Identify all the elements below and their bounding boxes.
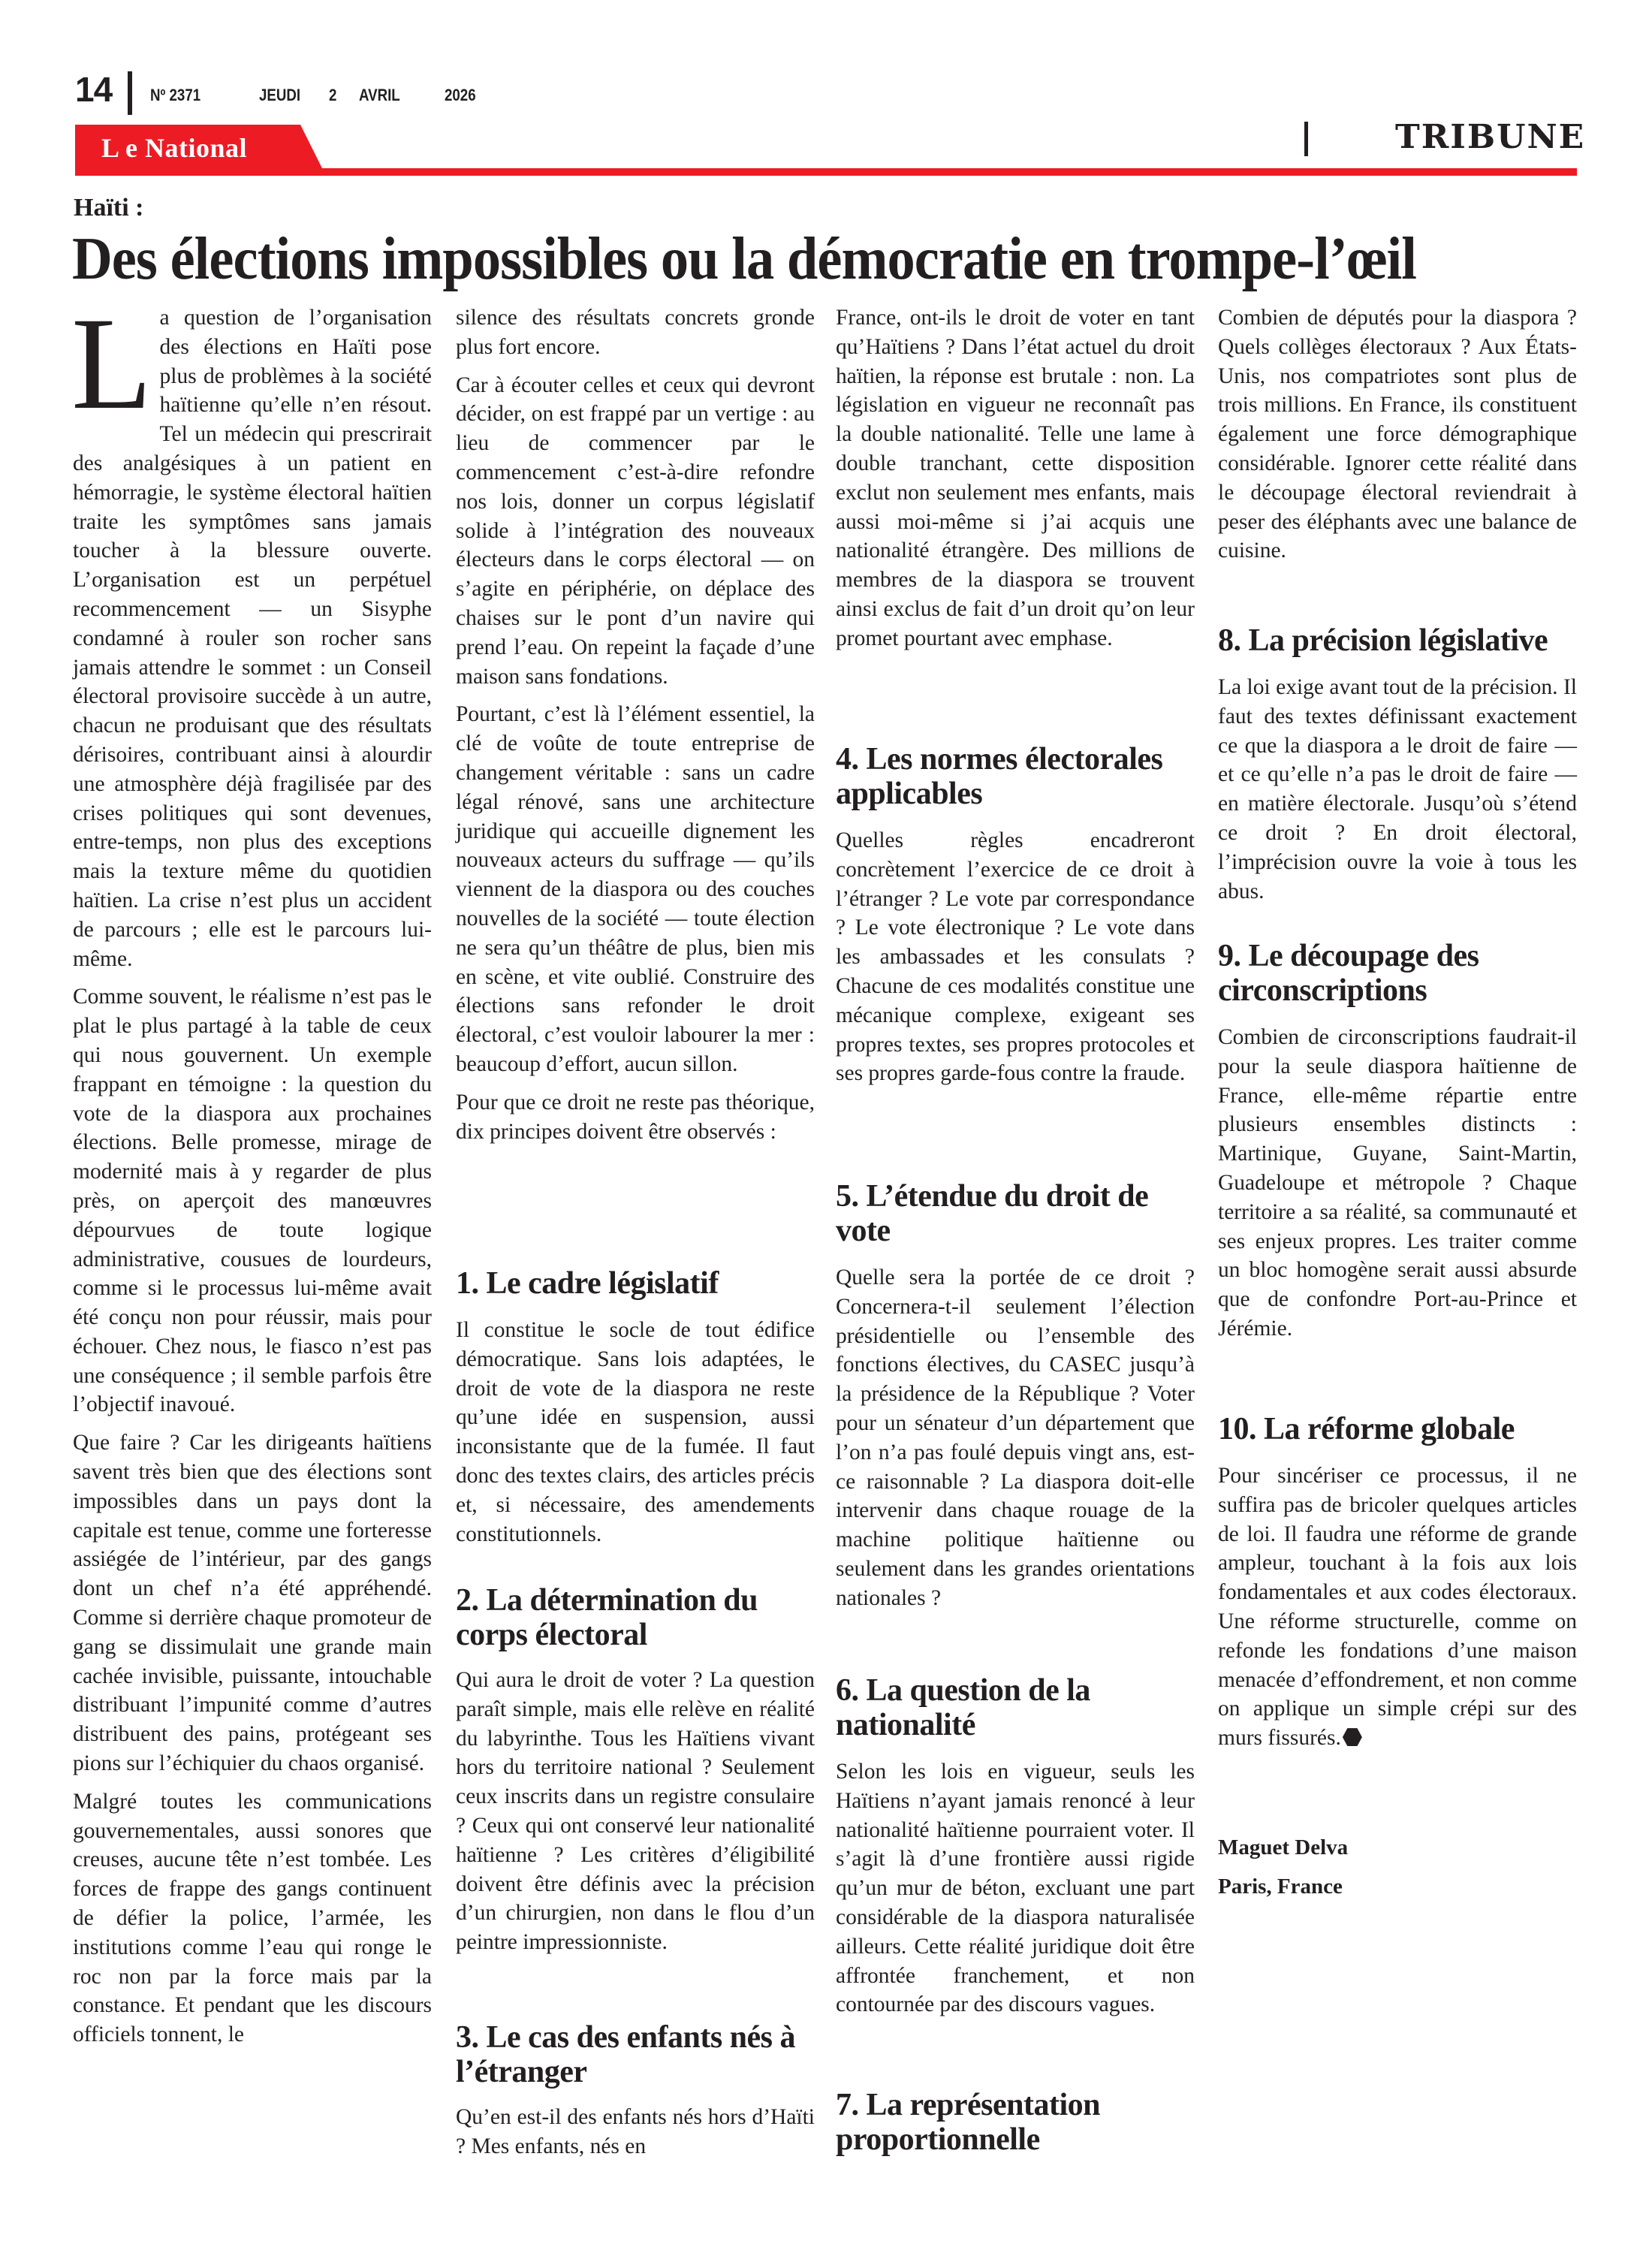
section-body: Quelle sera la portée de ce droit ? Conc… [836,1263,1195,1613]
section-heading: 5. L’étendue du droit de vote [836,1179,1195,1248]
section-heading: 2. La détermination du corps électoral [456,1583,815,1652]
byline: Maguet Delva Paris, France [1218,1832,1577,1902]
section-heading: 10. La réforme globale [1218,1412,1577,1446]
section-divider [1304,122,1308,156]
section-6: 6. La question de la nationalité Selon l… [836,1673,1195,2028]
paragraph: Pourtant, c’est là l’élément essentiel, … [456,700,815,1078]
section-5: 5. L’étendue du droit de vote Quelle ser… [836,1179,1195,1622]
section-7: 7. La représentation proportionnelle [836,2088,1195,2157]
article-title: Des élections impossibles ou la démocrat… [72,225,1416,294]
issue-weekday: JEUDI [259,86,300,105]
hexagon-end-icon [1343,1728,1362,1746]
section-body: La loi exige avant tout de la précision.… [1218,673,1577,906]
section-heading: 7. La représentation proportionnelle [836,2088,1195,2157]
section-body: Qui aura le droit de voter ? La question… [456,1666,815,1957]
paragraph: Que faire ? Car les dirigeants haïtiens … [73,1428,432,1778]
section-heading: 4. Les normes électorales applicables [836,742,1195,811]
paragraph: silence des résultats concrets gronde pl… [456,303,815,362]
section-8: 8. La précision législative La loi exige… [1218,623,1577,915]
section-9: 9. Le découpage des circonscriptions Com… [1218,939,1577,1353]
issue-number: Nº 2371 [150,86,200,105]
section-body: Quelles règles encadreront concrètement … [836,826,1195,1088]
section-name: TRIBUNE [1395,118,1585,156]
column-2: silence des résultats concrets gronde pl… [456,303,815,1155]
section-body: Pour sincériser ce processus, il ne suff… [1218,1461,1577,1753]
dropcap: L [71,308,152,421]
paragraph: Pour que ce droit ne reste pas théorique… [456,1088,815,1147]
section-body: Il constitue le socle de tout édifice dé… [456,1316,815,1549]
page-number: 14 [75,69,112,110]
section-body-continued: Combien de députés pour la diaspora ? Qu… [1218,303,1577,566]
column-1: La question de l’organisation des électi… [73,303,432,2058]
article-kicker: Haïti : [74,194,143,222]
author-name: Maguet Delva [1218,1832,1577,1862]
section-1: 1. Le cadre législatif Il constitue le s… [456,1266,815,1558]
section-body: Combien de circonscriptions faudrait-il … [1218,1023,1577,1344]
paragraph: Malgré toutes les communications gouvern… [73,1787,432,2049]
issue-year: 2026 [445,86,476,105]
section-body: Qu’en est-il des enfants nés hors d’Haït… [456,2103,815,2161]
issue-day: 2 [329,86,336,105]
folio-divider [128,71,132,115]
issue-month: AVRIL [359,86,400,105]
column-4: Combien de députés pour la diaspora ? Qu… [1218,303,1577,575]
intro-paragraph: La question de l’organisation des électi… [73,303,432,973]
section-body-continued: France, ont-ils le droit de voter en tan… [836,303,1195,653]
column-3: France, ont-ils le droit de voter en tan… [836,303,1195,662]
section-10: 10. La réforme globale Pour sincériser c… [1218,1412,1577,1762]
section-heading: 6. La question de la nationalité [836,1673,1195,1742]
section-heading: 1. Le cadre législatif [456,1266,815,1301]
paragraph: Comme souvent, le réalisme n’est pas le … [73,982,432,1419]
section-heading: 8. La précision législative [1218,623,1577,658]
section-body: Selon les lois en vigueur, seuls les Haï… [836,1757,1195,2019]
section-heading: 3. Le cas des enfants nés à l’étranger [456,2020,815,2089]
paragraph: Car à écouter celles et ceux qui devront… [456,371,815,692]
section-3: 3. Le cas des enfants nés à l’étranger Q… [456,2020,815,2170]
section-2: 2. La détermination du corps électoral Q… [456,1583,815,1966]
author-location: Paris, France [1218,1871,1577,1902]
section-heading: 9. Le découpage des circonscriptions [1218,939,1577,1008]
section-4: 4. Les normes électorales applicables Qu… [836,742,1195,1097]
brand-name: L e National [101,132,247,164]
header-rule [75,168,1577,176]
